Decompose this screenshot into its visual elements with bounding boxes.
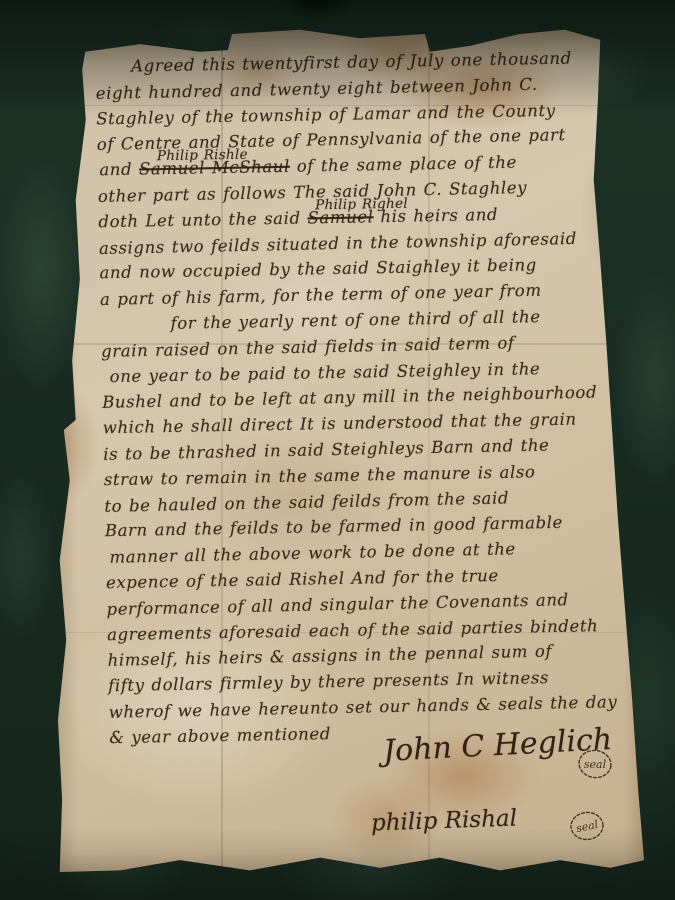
signature-philip-rishal: philip Rishal xyxy=(371,805,518,836)
inserted-name-above-line: Philip Righel xyxy=(315,196,408,214)
struck-out-name: SamuelPhilip Righel xyxy=(307,207,373,227)
seal-label: seal xyxy=(575,746,615,782)
hand-drawn-seal: seal xyxy=(566,807,608,846)
hand-drawn-seal: seal xyxy=(573,743,618,784)
inserted-name-above-line: Philip Rishle xyxy=(157,147,248,165)
struck-out-name: Samuel McShaulPhilip Rishle xyxy=(139,157,290,179)
document-text: Agreed this twentyfirst day of July one … xyxy=(95,47,621,754)
photo-of-document: Agreed this twentyfirst day of July one … xyxy=(0,0,675,900)
document-paper: Agreed this twentyfirst day of July one … xyxy=(55,28,647,878)
